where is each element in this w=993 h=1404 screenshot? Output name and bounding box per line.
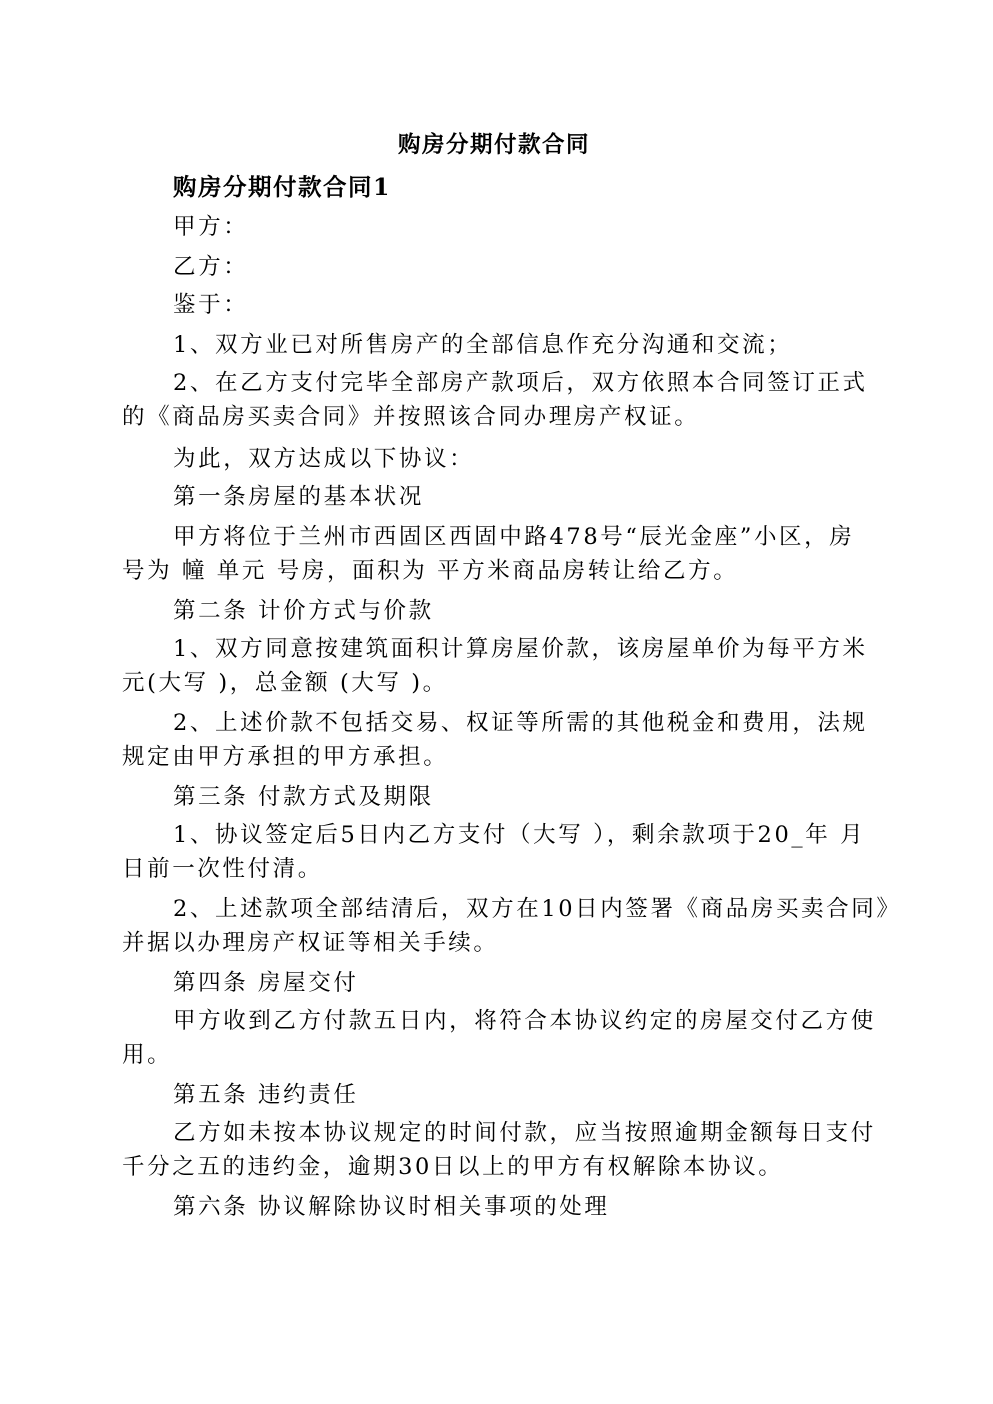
paragraph-line: 第五条 违约责任 [173,1080,358,1110]
paragraph-line: 的《商品房买卖合同》并按照该合同办理房产权证。 [122,402,699,432]
paragraph-line: 第六条 协议解除协议时相关事项的处理 [173,1192,609,1222]
paragraph-line: 号为 幢 单元 号房，面积为 平方米商品房转让给乙方。 [122,556,738,586]
paragraph-line: 鉴于： [173,290,248,320]
document-page: 购房分期付款合同 购房分期付款合同1 甲方：乙方：鉴于：1、双方业已对所售房产的… [0,0,993,1404]
paragraph-line: 日前一次性付清。 [122,854,323,884]
document-title: 购房分期付款合同 [398,130,590,160]
paragraph-line: 乙方如未按本协议规定的时间付款，应当按照逾期金额每日支付 [173,1118,876,1148]
paragraph-line: 2、上述价款不包括交易、权证等所需的其他税金和费用，法规 [173,708,868,738]
paragraph-line: 并据以办理房产权证等相关手续。 [122,928,499,958]
paragraph-line: 第一条房屋的基本状况 [173,482,424,512]
paragraph-line: 第二条 计价方式与价款 [173,596,434,626]
paragraph-line: 用。 [122,1040,172,1070]
paragraph-line: 规定由甲方承担的甲方承担。 [122,742,448,772]
paragraph-line: 第四条 房屋交付 [173,968,358,998]
paragraph-line: 元(大写 )，总金额 (大写 )。 [122,668,448,698]
paragraph-line: 1、双方业已对所售房产的全部信息作充分沟通和交流； [173,330,792,360]
paragraph-line: 甲方： [173,212,248,242]
paragraph-line: 甲方将位于兰州市西固区西固中路478号“辰光金座”小区，房 [173,522,854,552]
paragraph-line: 为此，双方达成以下协议： [173,444,474,474]
paragraph-line: 1、协议签定后5日内乙方支付（大写 ），剩余款项于20_年 月 [173,820,865,850]
paragraph-line: 千分之五的违约金，逾期30日以上的甲方有权解除本协议。 [122,1152,783,1182]
document-subtitle: 购房分期付款合同1 [173,172,391,202]
paragraph-line: 第三条 付款方式及期限 [173,782,434,812]
paragraph-line: 甲方收到乙方付款五日内，将符合本协议约定的房屋交付乙方使 [173,1006,876,1036]
paragraph-line: 1、双方同意按建筑面积计算房屋价款，该房屋单价为每平方米 [173,634,868,664]
paragraph-line: 2、上述款项全部结清后，双方在10日内签署《商品房买卖合同》 [173,894,901,924]
paragraph-line: 2、在乙方支付完毕全部房产款项后，双方依照本合同签订正式 [173,368,868,398]
paragraph-line: 乙方： [173,252,248,282]
